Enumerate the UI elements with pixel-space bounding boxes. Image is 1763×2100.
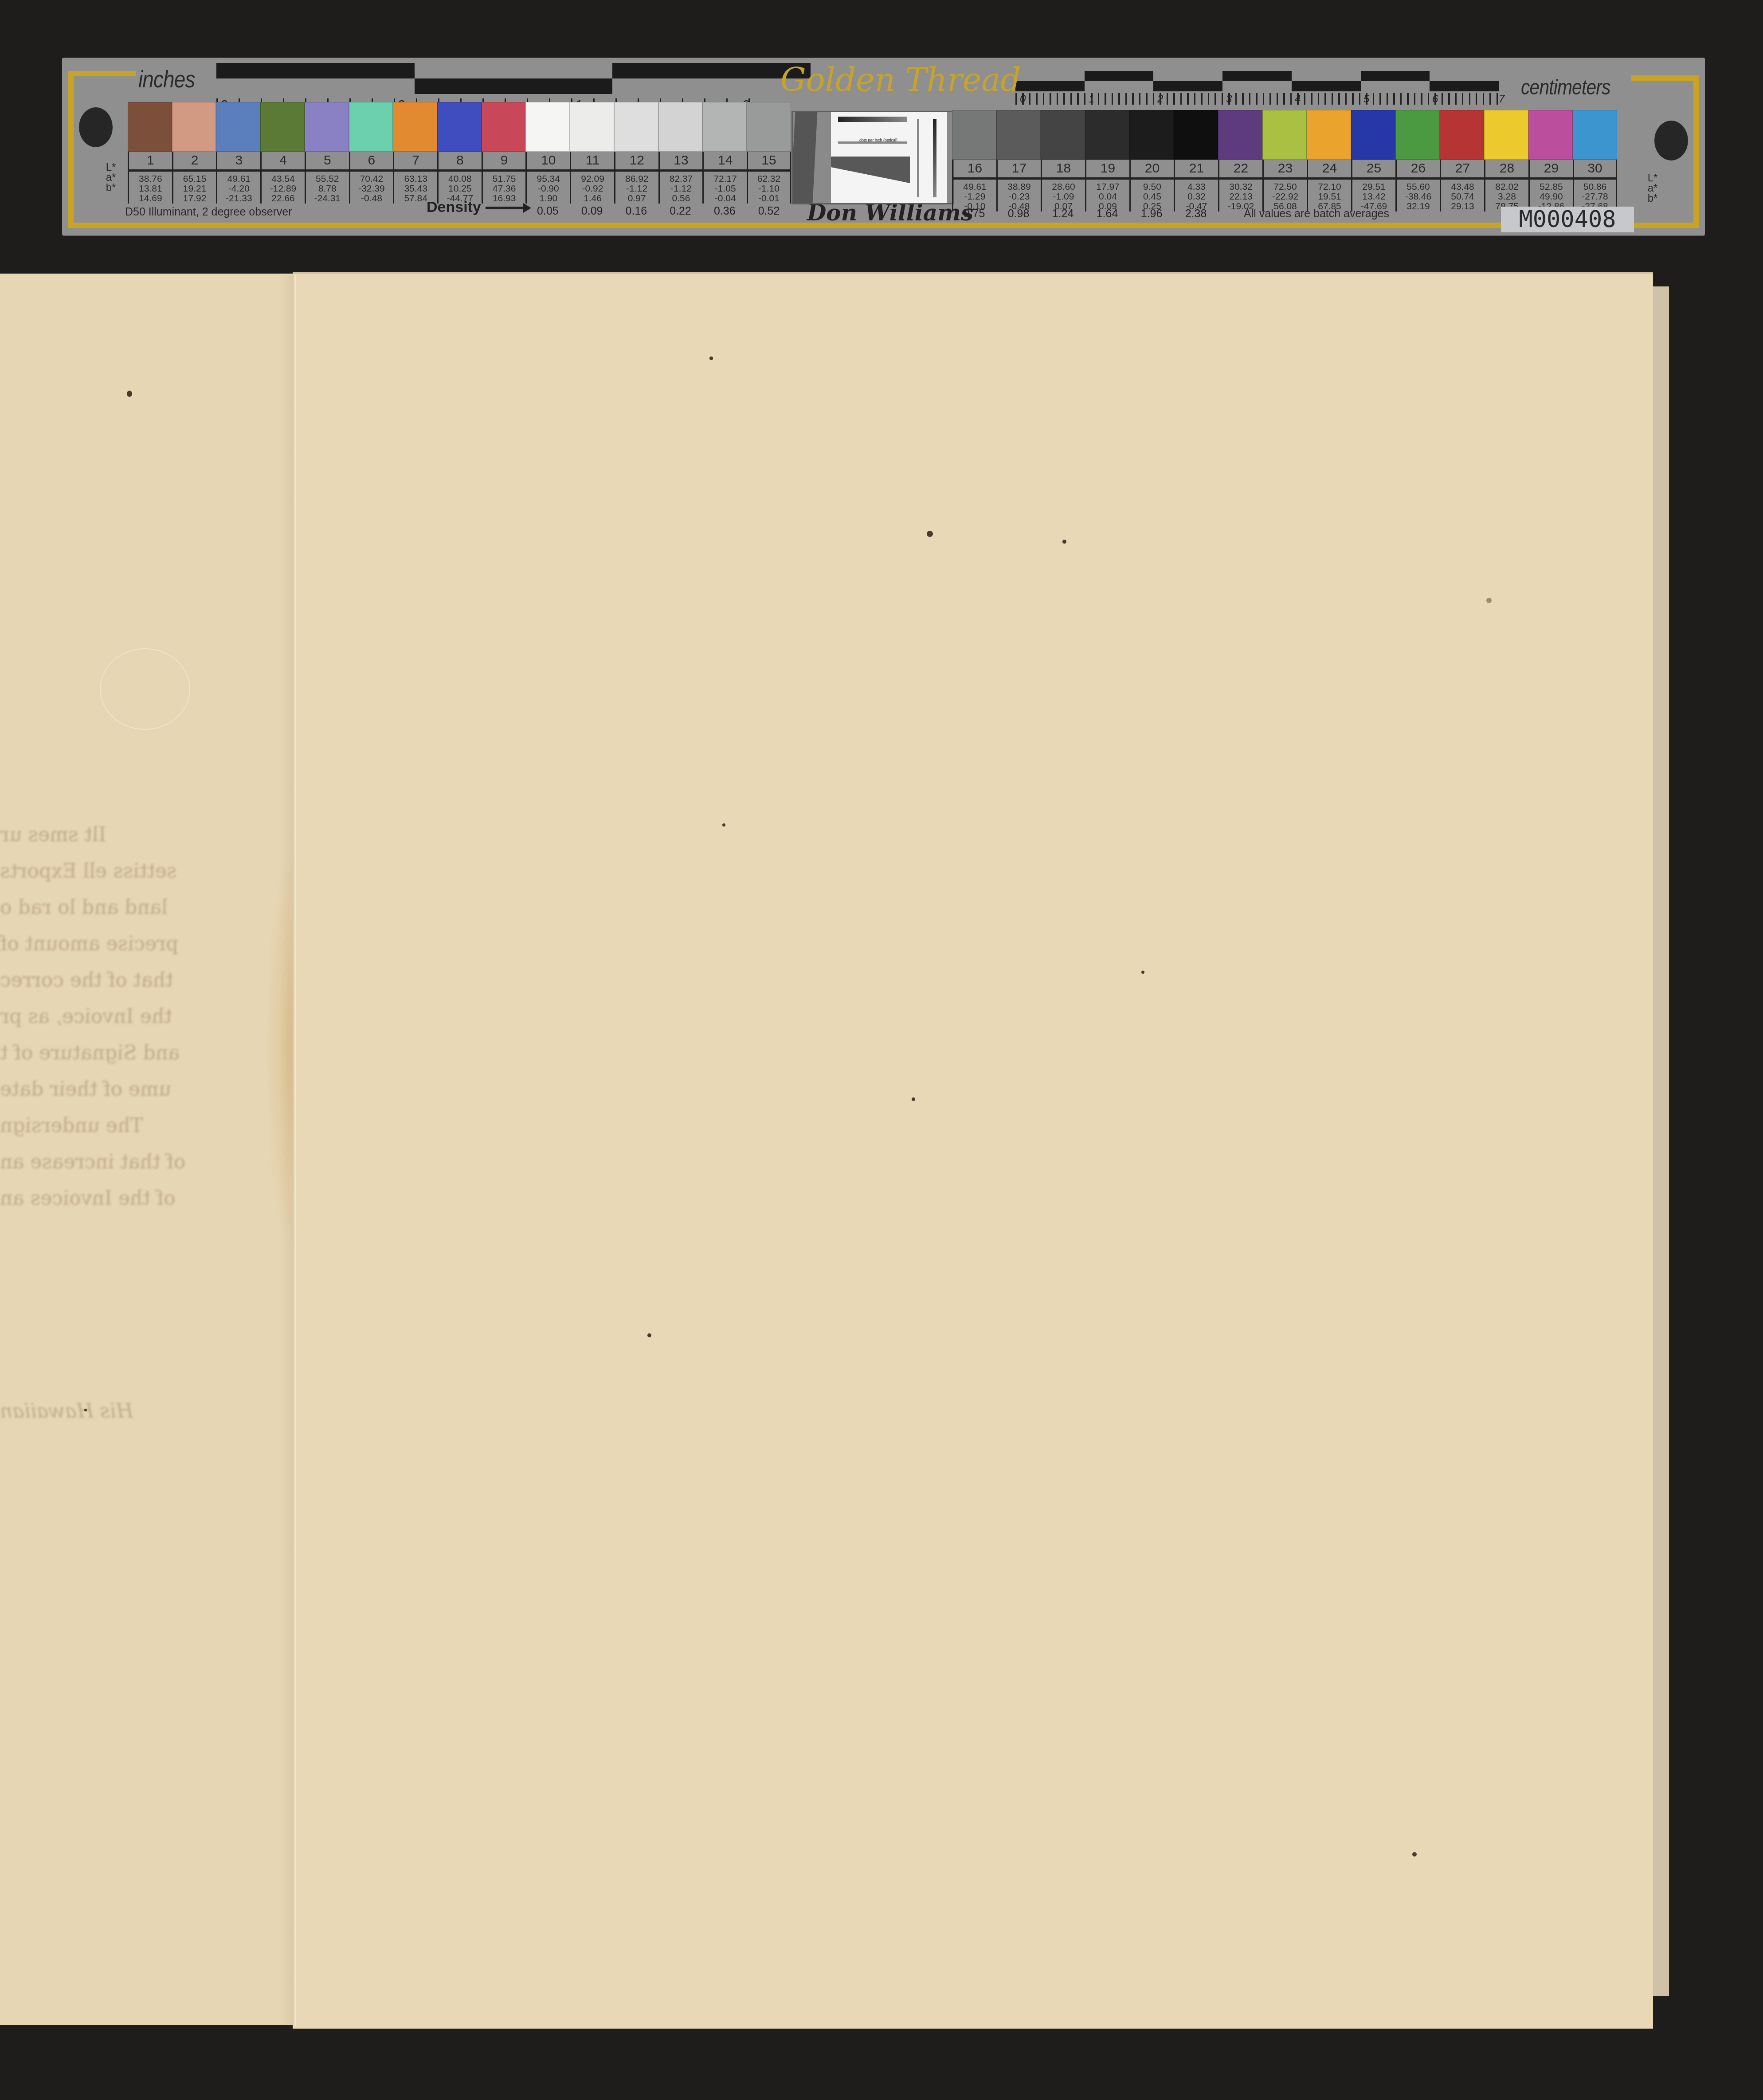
- patch-values-6: 670.42-32.39-0.48: [349, 152, 393, 204]
- density-value-19: 1.64: [1085, 208, 1129, 220]
- patch-row-left: [128, 102, 791, 152]
- patch-values-10: 1095.34-0.901.90: [525, 152, 570, 204]
- patch-values-23: 2372.50-22.9256.08: [1262, 160, 1307, 212]
- centimeter-ruler: 0 1 2 3 4 5 6 7: [1015, 71, 1499, 115]
- center-fold: [294, 275, 296, 2026]
- density-value-18: 1.24: [1041, 208, 1085, 220]
- embossed-seal: [100, 648, 190, 730]
- patch-values-18: 1828.60-1.090.07: [1041, 160, 1085, 212]
- lab-values-grid-left: 138.7613.8114.69265.1519.2117.92349.61-4…: [128, 152, 791, 204]
- patch-values-9: 951.7547.3616.93: [482, 152, 526, 204]
- density-value-13: 0.22: [658, 205, 703, 218]
- patch-values-29: 2952.8549.90-12.86: [1528, 160, 1573, 212]
- density-value-14: 0.36: [702, 205, 747, 218]
- density-label: Density: [427, 199, 481, 216]
- patch-values-19: 1917.970.040.09: [1085, 160, 1129, 212]
- v-wedge-right: [933, 119, 936, 197]
- illuminant-note: D50 Illuminant, 2 degree observer: [125, 206, 292, 219]
- patch-values-13: 1382.37-1.120.56: [658, 152, 703, 204]
- speck: [1141, 971, 1144, 974]
- color-patch-23: [1262, 110, 1307, 160]
- density-value-21: 2.38: [1174, 208, 1218, 220]
- batch-note: All values are batch averages: [1244, 208, 1389, 220]
- cm-minor-ticks: [1015, 93, 1499, 105]
- density-values-left: 0.050.090.160.220.360.52: [526, 205, 792, 218]
- color-patch-29: [1528, 110, 1573, 160]
- lab-legend-right: L*a*b*: [1647, 173, 1658, 204]
- mounting-hole-right: [1654, 121, 1688, 161]
- color-patch-5: [305, 102, 349, 152]
- centimeters-label: centimeters: [1521, 75, 1610, 100]
- patch-values-17: 1738.89-0.23-0.48: [996, 160, 1041, 212]
- speck: [127, 391, 132, 397]
- patch-values-27: 2743.4850.7429.13: [1440, 160, 1484, 212]
- speck: [1412, 1852, 1417, 1857]
- color-patch-18: [1041, 110, 1085, 160]
- speck: [1486, 598, 1492, 603]
- color-patch-10: [525, 102, 570, 152]
- h-wedge-top: [838, 117, 907, 122]
- patch-values-25: 2529.5113.42-47.69: [1351, 160, 1395, 212]
- patch-row-right: [952, 110, 1617, 160]
- bleed-through-line: of the Invoices an: [0, 1187, 195, 1210]
- speck: [912, 1097, 915, 1101]
- density-value-12: 0.16: [614, 205, 658, 218]
- bleed-through-line: land and lo rad o: [0, 896, 195, 919]
- speck: [1062, 540, 1066, 544]
- color-patch-8: [437, 102, 482, 152]
- speck: [84, 1409, 87, 1411]
- resolution-test-chart: dots per inch (optical): [791, 111, 954, 204]
- bleed-through-line: Ilt smes ur: [0, 823, 195, 846]
- patch-values-11: 1192.09-0.921.46: [570, 152, 614, 204]
- color-patch-21: [1174, 110, 1218, 160]
- patch-values-15: 1562.32-1.10-0.01: [747, 152, 791, 204]
- patch-values-30: 3050.86-27.78-27.68: [1573, 160, 1617, 212]
- bleed-through-signature: His Hawaiian: [0, 1400, 177, 1422]
- color-patch-17: [996, 110, 1041, 160]
- density-value-11: 0.09: [570, 205, 614, 218]
- v-wedge-left: [917, 119, 919, 197]
- patch-values-22: 2230.3222.13-19.02: [1218, 160, 1262, 212]
- patch-values-12: 1286.92-1.120.97: [614, 152, 658, 204]
- color-patch-12: [614, 102, 658, 152]
- bleed-through-line: precise amount of: [0, 932, 195, 955]
- patch-values-14: 1472.17-1.05-0.04: [702, 152, 747, 204]
- color-patch-1: [128, 102, 172, 152]
- color-patch-7: [393, 102, 437, 152]
- color-patch-11: [570, 102, 614, 152]
- underlying-page-right-edge: [1650, 286, 1669, 1996]
- target-id-label: M000408: [1501, 207, 1634, 232]
- bleed-through-line: that of the correc: [0, 969, 195, 991]
- bleed-through-line: The undersign: [0, 1114, 195, 1137]
- speck: [647, 1333, 651, 1337]
- speck: [927, 531, 933, 537]
- patch-values-21: 214.330.32-0.47: [1174, 160, 1218, 212]
- color-patch-24: [1307, 110, 1351, 160]
- h-wedge-bottom: [838, 141, 907, 144]
- patch-values-16: 1649.61-1.29-0.10: [952, 160, 996, 212]
- patch-values-8: 840.0810.25-44.77: [437, 152, 482, 204]
- color-patch-3: [216, 102, 260, 152]
- bleed-through-line: of that increase an: [0, 1151, 195, 1173]
- color-patch-19: [1085, 110, 1129, 160]
- patch-values-7: 763.1335.4357.84: [393, 152, 437, 204]
- gutter-shadow: [279, 275, 294, 2026]
- bleed-through-line: ume of their date: [0, 1078, 195, 1101]
- color-patch-26: [1395, 110, 1440, 160]
- mounting-hole-left: [79, 107, 113, 147]
- density-value-16: 0.75: [952, 208, 996, 220]
- cm-tick-7: 7: [1499, 93, 1504, 106]
- left-page-verso: Ilt smes ursettiss ell Exportsland and l…: [0, 274, 295, 2025]
- density-value-20: 1.96: [1129, 208, 1174, 220]
- patch-values-1: 138.7613.8114.69: [128, 152, 172, 204]
- brand-golden-thread: Golden Thread: [780, 61, 1021, 98]
- lab-values-grid-right: 1649.61-1.29-0.101738.89-0.23-0.481828.6…: [952, 160, 1617, 212]
- bleed-through-line: settiss ell Exports: [0, 860, 195, 882]
- inches-label: inches: [138, 66, 195, 93]
- color-patch-27: [1440, 110, 1484, 160]
- gold-frame-left: [68, 71, 136, 228]
- patch-values-28: 2882.023.2878.75: [1484, 160, 1528, 212]
- color-patch-4: [260, 102, 305, 152]
- color-patch-22: [1218, 110, 1262, 160]
- lab-legend-left: L*a*b*: [106, 162, 116, 193]
- patch-values-2: 265.1519.2117.92: [172, 152, 216, 204]
- patch-values-3: 349.61-4.20-21.33: [216, 152, 260, 204]
- speck: [722, 823, 725, 827]
- color-patch-14: [702, 102, 747, 152]
- color-patch-9: [482, 102, 526, 152]
- color-patch-13: [658, 102, 703, 152]
- color-patch-15: [747, 102, 791, 152]
- patch-values-26: 2655.60-38.4632.19: [1395, 160, 1440, 212]
- color-patch-16: [952, 110, 996, 160]
- color-patch-30: [1573, 110, 1617, 160]
- color-calibration-target: inches centimeters 3 2 1 0: [62, 58, 1705, 235]
- speck: [709, 357, 713, 360]
- color-patch-25: [1351, 110, 1395, 160]
- bleed-through-line: and Signature of t: [0, 1042, 195, 1064]
- density-value-10: 0.05: [526, 205, 570, 218]
- color-patch-6: [349, 102, 393, 152]
- color-patch-28: [1484, 110, 1528, 160]
- color-patch-20: [1129, 110, 1174, 160]
- patch-values-24: 2472.1019.5167.85: [1307, 160, 1351, 212]
- density-arrow-icon: [486, 207, 525, 209]
- right-page-blank: [293, 272, 1653, 2029]
- density-values-right: 0.750.981.241.641.962.38: [952, 208, 1218, 220]
- density-value-17: 0.98: [996, 208, 1041, 220]
- patch-values-5: 555.528.78-24.31: [305, 152, 349, 204]
- patch-values-20: 209.500.450.25: [1129, 160, 1174, 212]
- density-value-15: 0.52: [747, 205, 791, 218]
- bleed-through-line: the Invoice, as pr: [0, 1005, 195, 1028]
- color-patch-2: [172, 102, 216, 152]
- patch-values-4: 443.54-12.8922.66: [260, 152, 305, 204]
